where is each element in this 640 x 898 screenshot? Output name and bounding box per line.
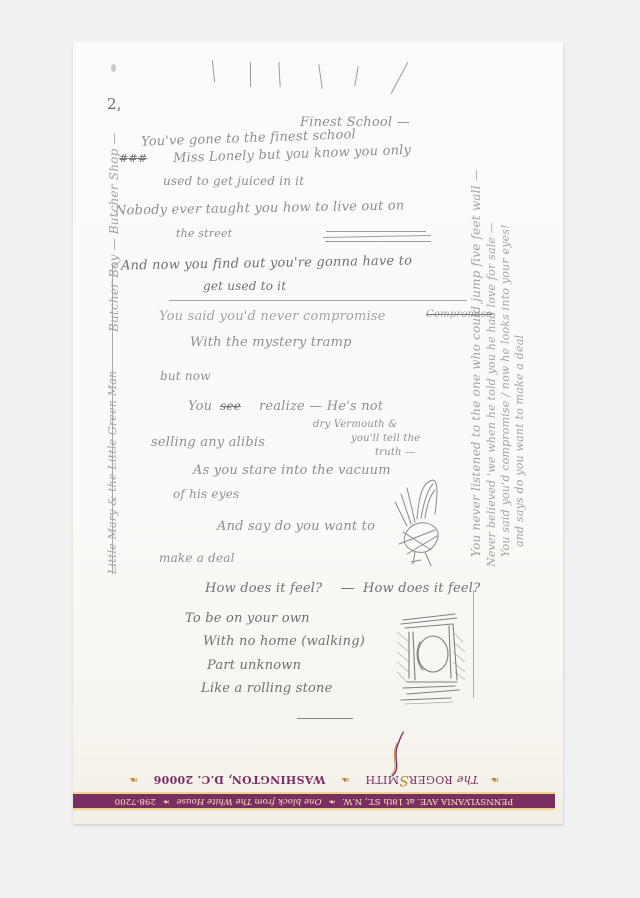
letterhead-address-band: PENNSYLVANIA AVE. at 18th ST., N.W. ❧ On… [73,792,555,810]
lyric-insert: truth — [375,448,415,458]
left-margin-note: Butcher Boy — Butcher Shop — [103,132,122,332]
lyric-line: Nobody ever taught you how to live out o… [115,199,405,217]
scribble-strike [323,235,431,238]
end-rule [297,718,353,719]
lyric-line: Like a rolling stone [201,682,333,695]
hotel-letterhead: PENNSYLVANIA AVE. at 18th ST., N.W. ❧ On… [73,730,563,824]
lyric-line: As you stare into the vacuum [193,464,391,477]
struck-text: see [220,400,241,412]
page-number: 2, [107,97,122,112]
struck-text: ### [119,153,147,164]
lyric-line: get used to it [203,280,286,292]
ornament-icon: ❧ [341,773,351,786]
margin-note-text: and says do you want to make a deal [513,335,526,547]
ornament-icon: ❧ [490,773,500,786]
letterhead-city: WASHINGTON, D.C. 20006 [153,773,325,786]
margin-note-text: Little Mary & the Little Green Man [106,371,119,574]
pencil-smudge [111,64,116,72]
lyric-line: used to get juiced in it [163,175,304,187]
lyric-insert: you'll tell the [351,434,420,444]
ornament-icon: ❧ [163,796,170,806]
lyric-line: of his eyes [173,488,239,500]
scribble-strike [326,231,426,232]
tally-mark [212,60,216,82]
lyric-line: With the mystery tramp [190,336,352,349]
hotel-name-main: ROGER [409,773,453,786]
lyric-line: but now [160,370,211,382]
tally-mark [278,62,281,87]
left-margin-note: Little Mary & the Little Green Man [101,371,120,574]
bird-sketch-icon [385,474,455,574]
tally-mark [391,62,409,94]
lyric-line: And now you find out you're gonna have t… [121,254,412,272]
lyric-line: You [188,400,212,413]
lyric-line: You said you'd never compromise [159,310,386,323]
lyric-line: To be on your own [185,612,310,625]
tally-mark [250,62,251,87]
letterhead-hotel-name: ❧ The ROGERSMITH ❧ WASHINGTON, D.C. 2000… [73,772,555,788]
letterhead-street: PENNSYLVANIA AVE. at 18th ST., N.W. [342,796,513,806]
tally-mark [318,64,323,89]
lyric-line: With no home (walking) [203,635,365,648]
divider-line [169,300,467,301]
ornament-icon: ❧ [129,773,139,786]
tally-mark [354,66,359,86]
lyric-line: selling any alibis [151,436,265,449]
lyric-line: And say do you want to [217,520,375,533]
lyric-insert: dry Vermouth & [313,420,397,430]
lyric-line: Part unknown [207,659,301,672]
letterhead-swash-icon [386,730,406,778]
struck-text: — [341,582,354,595]
ornament-icon: ❧ [328,796,335,806]
letterhead-tagline: One block from The White House [177,796,322,806]
right-margin-note: and says do you want to make a deal [508,335,527,547]
letterhead-phone: 298-7200 [115,796,156,806]
lyric-line: How does it feel? [205,582,322,595]
scribble-strike [325,241,431,242]
lyric-line: realize — He's not [259,400,383,413]
lyric-line: the street [176,228,232,239]
manuscript-page: 2, Finest School — You've gone to the fi… [73,42,563,824]
lyric-line: How does it feel? [363,582,480,595]
sketch-margin-line [473,590,474,698]
hotel-name-prefix: The [457,773,479,786]
margin-note-text: Butcher Boy — Butcher Shop — [107,132,121,332]
frame-sketch-icon [393,602,473,712]
lyric-line: make a deal [159,552,235,564]
